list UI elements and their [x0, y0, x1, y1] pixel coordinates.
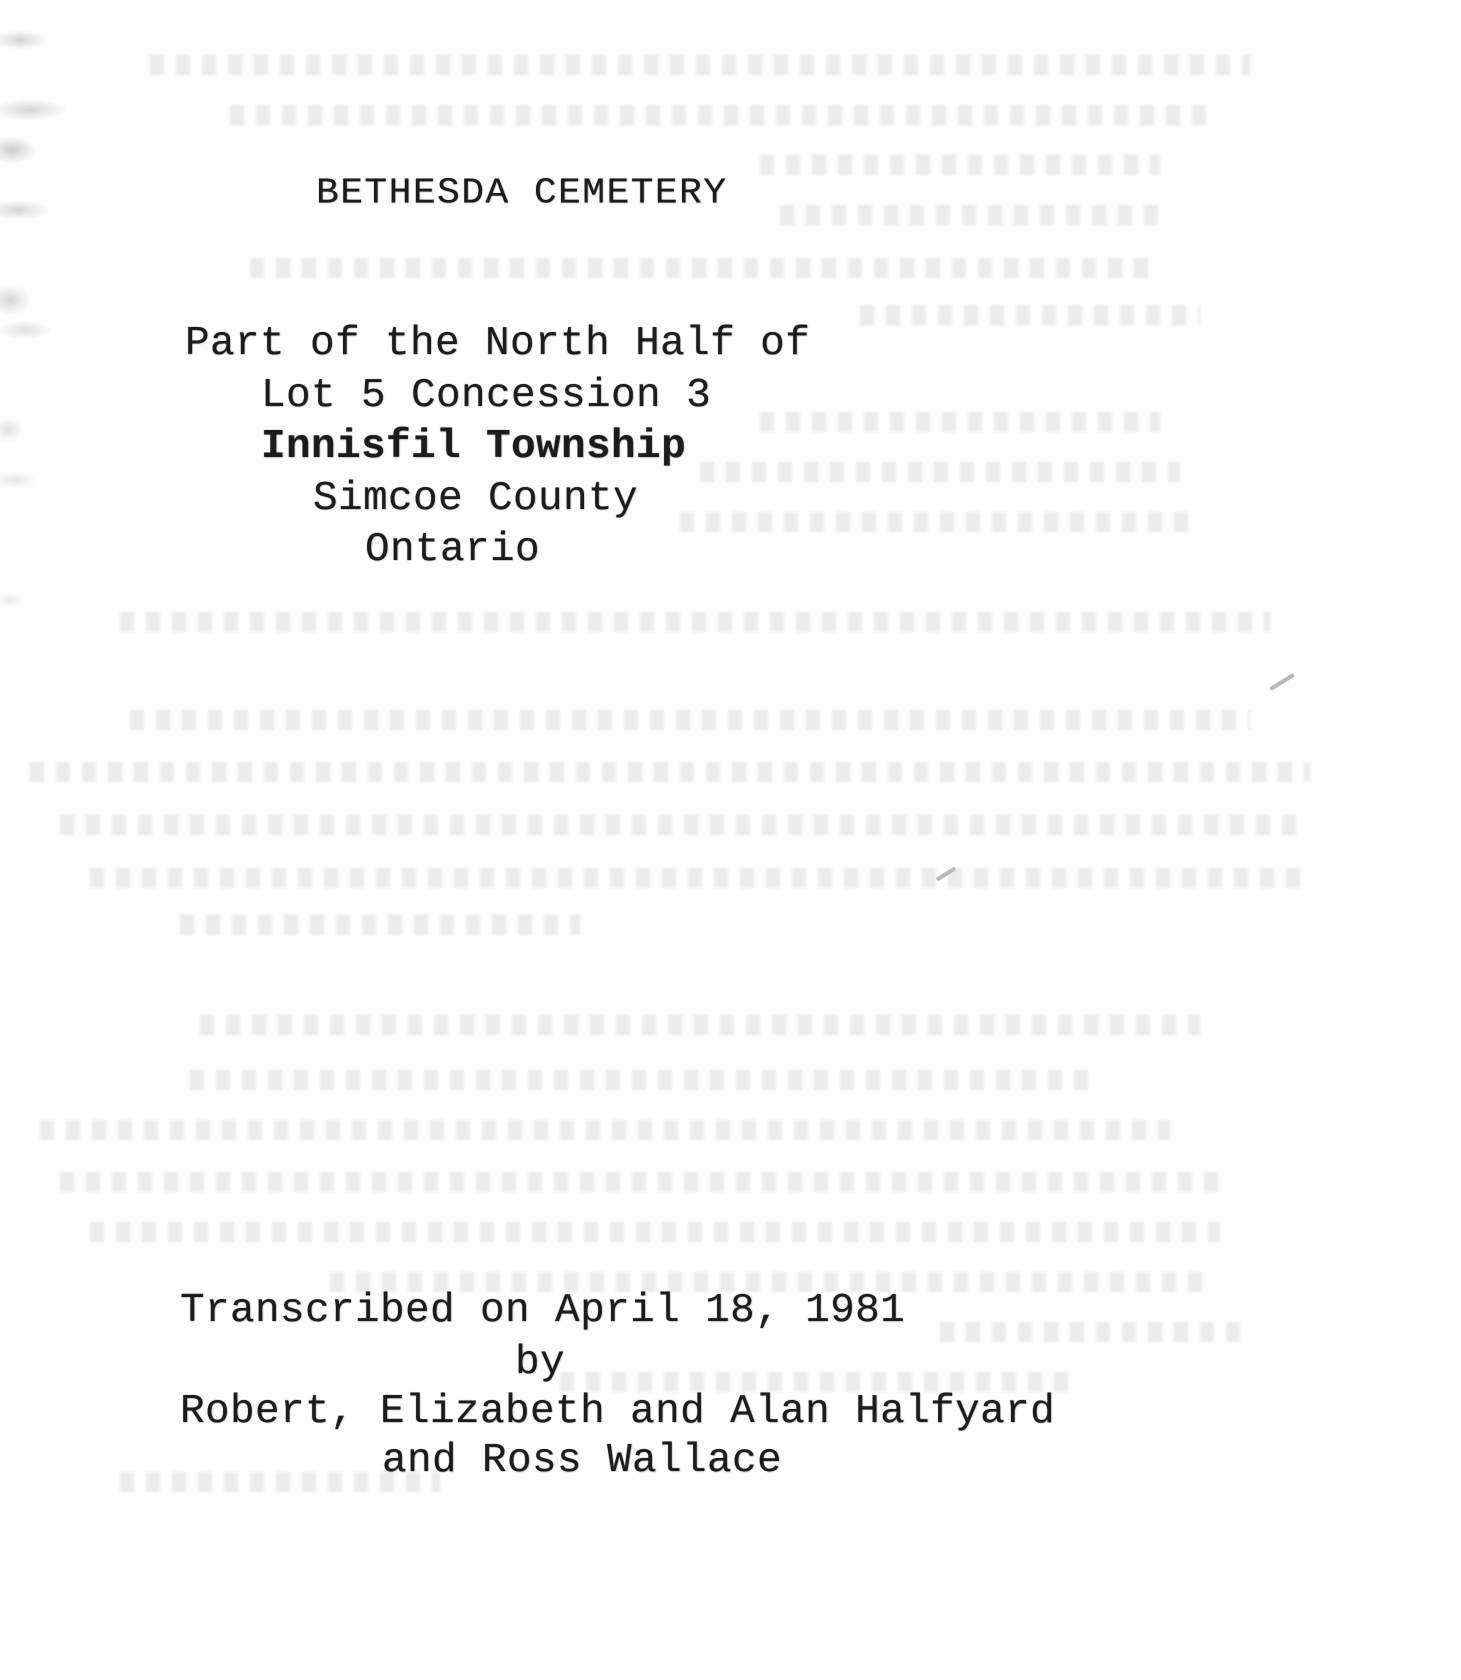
stray-pen-mark — [936, 866, 957, 881]
bleed-through-text — [190, 1070, 1090, 1090]
transcription-date: Transcribed on April 18, 1981 — [180, 1291, 905, 1332]
bleed-through-text — [250, 258, 1150, 278]
bleed-through-text — [680, 512, 1200, 532]
bleed-through-text — [60, 815, 1300, 835]
bleed-through-text — [90, 868, 1310, 888]
location-line-4: Simcoe County — [313, 479, 638, 520]
bleed-through-text — [130, 710, 1250, 730]
bleed-through-text — [700, 462, 1180, 482]
page-title: BETHESDA CEMETERY — [316, 176, 727, 212]
location-line-5: Ontario — [365, 530, 540, 571]
bleed-through-text — [60, 1172, 1220, 1192]
bleed-through-text — [180, 915, 580, 935]
transcriber-names: Robert, Elizabeth and Alan Halfyard — [180, 1392, 1055, 1433]
transcriber-names-2: and Ross Wallace — [382, 1441, 782, 1482]
bleed-through-text — [780, 205, 1160, 225]
bleed-through-text — [760, 412, 1160, 432]
location-line-3: Innisfil Township — [261, 427, 686, 468]
bleed-through-text — [40, 1120, 1170, 1140]
scan-edge-noise — [0, 0, 140, 760]
stray-pen-mark — [1269, 673, 1295, 691]
bleed-through-text — [90, 1222, 1220, 1242]
bleed-through-text — [30, 762, 1310, 782]
bleed-through-text — [150, 55, 1250, 75]
bleed-through-text — [230, 105, 1210, 125]
bleed-through-text — [940, 1322, 1240, 1342]
transcription-by: by — [515, 1343, 565, 1384]
bleed-through-text — [860, 305, 1200, 325]
scanned-page: BETHESDA CEMETERY Part of the North Half… — [0, 0, 1461, 1680]
bleed-through-text — [200, 1015, 1200, 1035]
location-line-1: Part of the North Half of — [185, 324, 810, 365]
location-line-2: Lot 5 Concession 3 — [261, 376, 711, 417]
bleed-through-text — [760, 155, 1160, 175]
bleed-through-text — [120, 612, 1270, 632]
